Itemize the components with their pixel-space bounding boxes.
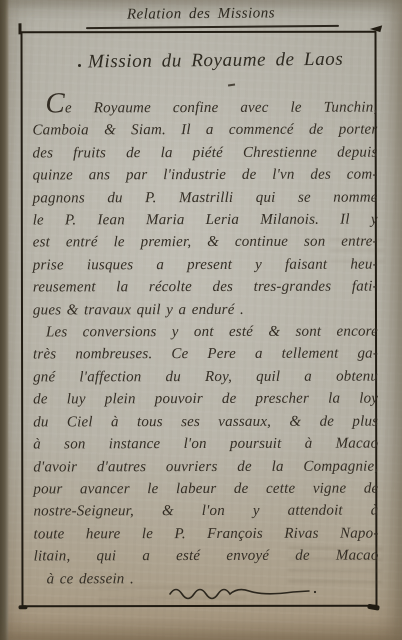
- manuscript-line: à son instance l'on poursuit à Macao: [33, 433, 378, 456]
- running-header: Relation des Missions: [0, 4, 402, 25]
- manuscript-line: d'avoir d'autres ouvriers de la Compagni…: [33, 455, 378, 478]
- section-title: Mission du Royaume de Laos: [88, 49, 344, 74]
- frame-corner-top-left: [18, 23, 21, 34]
- frame-corner-arrow-icon: [370, 22, 382, 32]
- book-binding-edge: [0, 0, 9, 640]
- manuscript-line: Camboia & Siam. Il a commencé de porter: [32, 119, 377, 142]
- manuscript-line: Les conversions y ont esté & sont encore: [33, 321, 378, 344]
- manuscript-line: gues & travaux quil y a enduré .: [33, 298, 378, 321]
- manuscript-page: { "document": { "header": "Relation des …: [0, 0, 402, 640]
- header-underline: [86, 25, 339, 29]
- manuscript-line: pour avancer le labeur de cette vigne de: [33, 477, 378, 500]
- manuscript-line: du Ciel à tous ses vassaux, & de plus: [33, 410, 378, 433]
- manuscript-line: reusement la récolte des tres-grandes fa…: [33, 276, 378, 299]
- manuscript-line: Ce Royaume confine avec le Tunchin,: [32, 92, 377, 120]
- end-flourish-squiggle: [168, 584, 318, 602]
- manuscript-line: pagnons du P. Mastrilli qui se nomme: [33, 186, 378, 209]
- manuscript-body: Ce Royaume confine avec le Tunchin,Cambo…: [32, 92, 378, 591]
- title-pen-dot: [78, 64, 81, 67]
- frame-corner-bottom-right: [367, 604, 380, 611]
- manuscript-line: quinze ans par l'industrie de l'vn des c…: [33, 164, 378, 187]
- manuscript-line: prise iusques a present y faisant heu-: [33, 253, 378, 276]
- manuscript-line: des fruits de la piété Chrestienne depui…: [32, 141, 377, 164]
- manuscript-line: nostre-Seigneur, & l'on y attendoit à: [33, 500, 378, 523]
- manuscript-line: très nombreuses. Ce Pere a tellement ga-: [33, 343, 378, 366]
- frame-corner-bottom-left: [18, 605, 27, 609]
- manuscript-line: le P. Iean Maria Leria Milanois. Il y: [33, 209, 378, 232]
- manuscript-line: gné l'affection du Roy, quil a obtenu: [33, 365, 378, 388]
- manuscript-line: de luy plein pouvoir de prescher la loy: [33, 388, 378, 411]
- manuscript-line: toute heure le P. François Rivas Napo-: [33, 522, 378, 545]
- manuscript-line: est entré le premier, & continue son ent…: [33, 231, 378, 254]
- manuscript-line: litain, qui a esté envoyé de Macao: [34, 545, 379, 568]
